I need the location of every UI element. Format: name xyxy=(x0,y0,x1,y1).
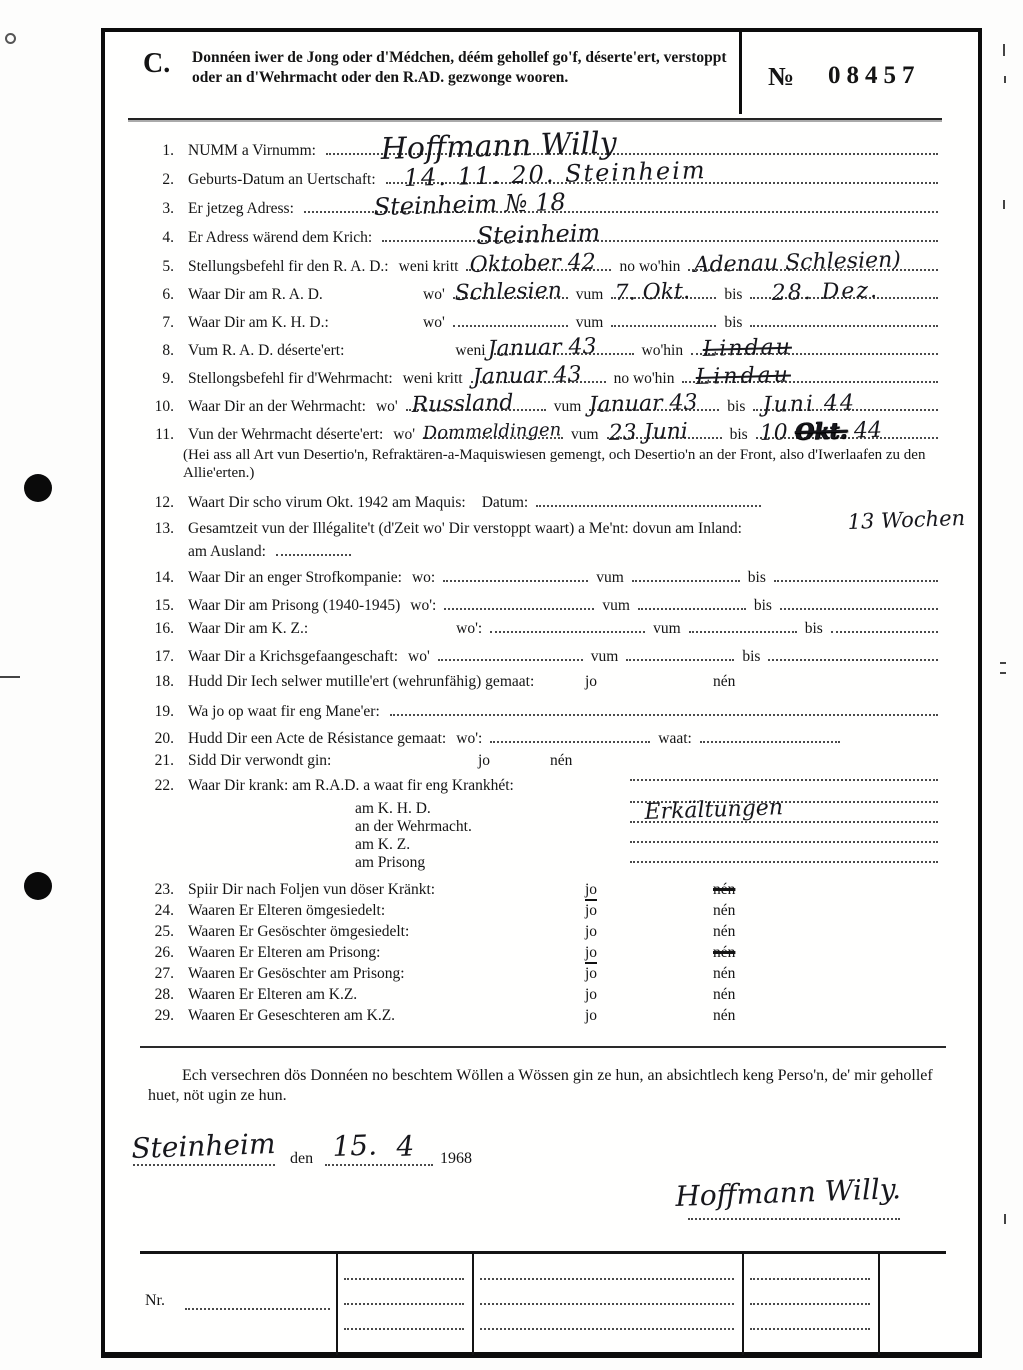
header-divider xyxy=(739,32,742,114)
row-label: Wa jo op waat fir eng Mane'er: xyxy=(188,702,380,721)
field-label: wo': xyxy=(410,596,436,615)
row-11-note: (Hei ass all Art vun Desertio'n, Refrakt… xyxy=(183,446,951,482)
footer-cell-line xyxy=(480,1278,734,1280)
row-label: Stellungsbefehl fir den R. A. D.: xyxy=(188,257,389,276)
footer-cell-line xyxy=(750,1328,870,1330)
row-number: 20. xyxy=(148,729,174,748)
answer-line: 28. Dez. xyxy=(750,284,938,299)
field-label: wo'hin xyxy=(642,341,684,360)
field-label: wo' xyxy=(376,397,398,416)
hw-day: 10 xyxy=(759,420,788,446)
answer-line xyxy=(390,701,938,716)
field-label: weni kritt xyxy=(403,369,463,388)
footer-table-divider xyxy=(742,1251,744,1355)
row-number: 21. xyxy=(148,751,174,770)
nr-answer-line xyxy=(185,1308,330,1310)
row-number: 5. xyxy=(148,257,174,276)
scan-artifact xyxy=(1004,76,1006,83)
scan-artifact xyxy=(0,676,20,678)
form-row-8: 8. Vum R. A. D. déserte'ert: weni Januar… xyxy=(148,340,942,360)
answer-line xyxy=(438,646,583,661)
field-label: wo' xyxy=(393,425,415,444)
jo-option: jo xyxy=(585,964,597,983)
jo-option: jo xyxy=(585,1006,597,1025)
answer-line xyxy=(443,567,588,582)
row-label: Waar Dir am R. A. D. xyxy=(188,285,413,304)
form-row-15: 15. Waar Dir am Prisong (1940-1945) wo':… xyxy=(148,595,942,615)
field-label: bis xyxy=(724,313,742,332)
handwritten-place-struck: Lindau xyxy=(696,366,792,387)
form-row-21: 21. Sidd Dir verwondt gin: jo nén xyxy=(148,751,942,770)
row-label: Waaren Er Elteren ömgesiedelt: xyxy=(188,901,385,920)
field-label: wo: xyxy=(412,568,435,587)
row-number: 11. xyxy=(148,425,174,444)
answer-line xyxy=(611,312,716,327)
row-label: Sidd Dir verwondt gin: xyxy=(188,751,331,770)
footer-cell-line xyxy=(344,1278,464,1280)
nen-option: nén xyxy=(713,1006,735,1025)
handwritten-place-signed: Steinheim xyxy=(131,1127,276,1165)
scan-artifact xyxy=(5,33,16,44)
form-row-16: 16. Waar Dir am K. Z.: wo': vum bis xyxy=(148,618,942,638)
footer-cell-line xyxy=(344,1328,464,1330)
answer-line xyxy=(700,728,840,743)
punch-hole-top xyxy=(24,474,52,502)
handwritten-war-address: Steinheim xyxy=(477,224,601,246)
field-label: bis xyxy=(748,568,766,587)
row-22-sub-khd: am K. H. D. xyxy=(355,800,431,818)
answer-line: 14. 11. 20. Steinheim xyxy=(386,169,938,184)
footer-cell-line xyxy=(480,1328,734,1330)
row-number: 6. xyxy=(148,285,174,304)
date-underline xyxy=(325,1164,433,1166)
form-row-11: 11. Vun der Wehrmacht déserte'ert: wo' D… xyxy=(148,424,942,444)
field-label: bis xyxy=(742,647,760,666)
number-sign-label: № xyxy=(768,62,794,92)
handwritten-date: Januar 43 xyxy=(487,337,596,359)
answer-line: Steinheim xyxy=(382,227,938,242)
form-row-14: 14. Waar Dir an enger Strofkompanie: wo:… xyxy=(148,567,942,587)
row-label: NUMM a Virnumm: xyxy=(188,141,316,160)
scan-artifact xyxy=(1000,662,1006,664)
row-label: Waar Dir am Prisong (1940-1945) xyxy=(188,596,400,615)
row-number: 10. xyxy=(148,397,174,416)
field-label: no wo'hin xyxy=(614,369,675,388)
field-label: vum xyxy=(571,425,599,444)
answer-line: 7. Okt. xyxy=(611,284,716,299)
nen-option-struck: nén xyxy=(713,880,735,899)
row-label: Waar Dir krank: am R.A.D. a waat fir eng… xyxy=(188,776,514,795)
row-number: 29. xyxy=(148,1006,174,1025)
row-number: 27. xyxy=(148,964,174,983)
answer-line xyxy=(490,618,645,633)
answer-line: Schlesien xyxy=(453,284,568,299)
field-label: vum xyxy=(653,619,681,638)
field-label: wo' xyxy=(423,285,445,304)
answer-line xyxy=(638,595,746,610)
form-serial-number: 08457 xyxy=(828,62,921,90)
field-label: Datum: xyxy=(482,493,529,512)
row-label: Er Adress wärend dem Krich: xyxy=(188,228,372,247)
row-number: 17. xyxy=(148,647,174,666)
field-label: bis xyxy=(805,619,823,638)
declaration-text: Ech versechren dös Donnéen no beschtem W… xyxy=(148,1066,954,1106)
answer-line: Januar 43 xyxy=(494,340,634,355)
row-label: Vum R. A. D. déserte'ert: xyxy=(188,341,344,360)
hw-month-scribbled: Okt. xyxy=(794,418,847,445)
footer-cell-line xyxy=(480,1303,734,1305)
form-row-28: 28. Waaren Er Elteren am K.Z. jo nén xyxy=(148,985,942,1004)
field-label: vum xyxy=(554,397,582,416)
scan-artifact xyxy=(1004,1214,1006,1224)
row-label: Spiir Dir nach Foljen vun döser Kränkt: xyxy=(188,880,435,899)
row-label: Waar Dir an der Wehrmacht: xyxy=(188,397,366,416)
form-row-5: 5. Stellungsbefehl fir den R. A. D.: wen… xyxy=(148,256,942,276)
answer-line: Lindau xyxy=(682,368,938,383)
field-label: no wo'hin xyxy=(619,257,680,276)
answer-line: Oktober 42 xyxy=(466,256,611,271)
answer-line xyxy=(831,618,938,633)
row-label: Hudd Dir een Acte de Résistance gemaat: xyxy=(188,729,446,748)
answer-line xyxy=(632,567,740,582)
form-row-18: 18. Hudd Dir Iech selwer mutille'ert (we… xyxy=(148,672,942,691)
header-rule xyxy=(128,118,942,120)
nr-label: Nr. xyxy=(145,1292,165,1310)
form-row-4: 4. Er Adress wärend dem Krich: Steinheim xyxy=(148,227,942,247)
answer-line xyxy=(490,728,650,743)
signature-underline xyxy=(688,1218,900,1220)
row-label: Waaren Er Gesöschter am Prisong: xyxy=(188,964,405,983)
answer-line: Januar 43 xyxy=(589,396,719,411)
handwritten-date: Juni 44 xyxy=(763,394,857,415)
row-number: 26. xyxy=(148,943,174,962)
form-row-24: 24. Waaren Er Elteren ömgesiedelt: jo né… xyxy=(148,901,942,920)
form-row-12: 12. Waart Dir scho virum Okt. 1942 am Ma… xyxy=(148,492,942,512)
handwritten-address: Steinheim № 18 xyxy=(373,193,565,217)
footer-table-divider xyxy=(472,1251,474,1355)
jo-option: jo xyxy=(585,985,597,1004)
field-label: vum xyxy=(576,313,604,332)
nen-option: nén xyxy=(713,964,735,983)
handwritten-date-month: 4 xyxy=(396,1129,415,1163)
handwritten-birthdata: 14. 11. 20. Steinheim xyxy=(403,161,706,188)
answer-line: Steinheim № 18 xyxy=(304,198,938,213)
form-row-13b: am Ausland: xyxy=(148,541,942,561)
row-number: 16. xyxy=(148,619,174,638)
row-number: 8. xyxy=(148,341,174,360)
row-label: Vun der Wehrmacht déserte'ert: xyxy=(188,425,383,444)
form-row-19: 19. Wa jo op waat fir eng Mane'er: xyxy=(148,701,942,721)
form-row-27: 27. Waaren Er Gesöschter am Prisong: jo … xyxy=(148,964,942,983)
form-row-7: 7. Waar Dir am K. H. D.: wo' vum bis xyxy=(148,312,942,332)
row-number: 12. xyxy=(148,493,174,512)
form-row-6: 6. Waar Dir am R. A. D. wo' Schlesien vu… xyxy=(148,284,942,304)
answer-line xyxy=(626,646,734,661)
form-row-13: 13. Gesamtzeit vun der Illégalite't (d'Z… xyxy=(148,519,942,538)
handwritten-date: Oktober 42 xyxy=(470,253,597,275)
field-label: wo' xyxy=(423,313,445,332)
place-underline xyxy=(133,1164,275,1166)
handwritten-place: Schlesien xyxy=(454,281,562,303)
answer-line xyxy=(444,595,594,610)
nen-option: nén xyxy=(713,922,735,941)
row-label: Stellongsbefehl fir d'Wehrmacht: xyxy=(188,369,393,388)
row-22-sub-prisong: am Prisong xyxy=(355,854,425,872)
row-number: 18. xyxy=(148,672,174,691)
footer-cell-line xyxy=(344,1303,464,1305)
answer-line xyxy=(536,492,761,507)
answer-line xyxy=(630,779,938,781)
row-label: Waaren Er Elteren am Prisong: xyxy=(188,943,380,962)
answer-line xyxy=(780,595,938,610)
row-number: 28. xyxy=(148,985,174,1004)
field-label: waat: xyxy=(658,729,692,748)
row-number: 1. xyxy=(148,141,174,160)
form-row-2: 2. Geburts-Datum an Uertschaft: 14. 11. … xyxy=(148,169,942,189)
form-title: Donnéen iwer de Jong oder d'Médchen, déé… xyxy=(192,48,732,89)
year-printed: 1968 xyxy=(440,1150,472,1168)
field-label: vum xyxy=(596,568,624,587)
row-label: Waar Dir an enger Strofkompanie: xyxy=(188,568,402,587)
answer-line xyxy=(768,646,938,661)
nen-option: nén xyxy=(550,751,572,770)
row-label: am Ausland: xyxy=(188,542,266,561)
row-label: Hudd Dir Iech selwer mutille'ert (wehrun… xyxy=(188,672,534,691)
scan-artifact xyxy=(1000,672,1006,674)
nen-option-struck: nén xyxy=(713,943,735,962)
row-number: 4. xyxy=(148,228,174,247)
row-label: Waar Dir am K. Z.: xyxy=(188,619,308,638)
row-label: Waar Dir a Krichsgefaangeschaft: xyxy=(188,647,398,666)
answer-line: Adenau Schlesien) xyxy=(688,256,938,271)
form-row-1: 1. NUMM a Virnumm: Hoffmann Willy xyxy=(148,140,942,160)
form-row-9: 9. Stellongsbefehl fir d'Wehrmacht: weni… xyxy=(148,368,942,388)
handwritten-date: 7. Okt. xyxy=(615,282,691,303)
handwritten-date: Januar 43 xyxy=(472,365,581,387)
answer-line: Hoffmann Willy xyxy=(326,140,938,155)
answer-line: Juni 44 xyxy=(753,396,938,411)
answer-line: 23 Juni xyxy=(607,424,722,439)
nen-option: nén xyxy=(713,985,735,1004)
punch-hole-bottom xyxy=(24,872,52,900)
row-number: 15. xyxy=(148,596,174,615)
handwritten-date: 23 Juni xyxy=(608,422,688,443)
handwritten-date: 28. Dez. xyxy=(772,281,880,303)
section-letter: C. xyxy=(143,48,170,80)
answer-line xyxy=(750,312,938,327)
handwritten-name: Hoffmann Willy xyxy=(380,134,616,159)
form-row-26: 26. Waaren Er Elteren am Prisong: jo nén xyxy=(148,943,942,962)
row-number: 3. xyxy=(148,199,174,218)
form-row-20: 20. Hudd Dir een Acte de Résistance gema… xyxy=(148,728,942,748)
answer-line: Russland xyxy=(406,396,546,411)
answer-line xyxy=(453,312,568,327)
row-number: 9. xyxy=(148,369,174,388)
row-number: 2. xyxy=(148,170,174,189)
row-number: 22. xyxy=(148,776,174,795)
form-row-29: 29. Waaren Er Geseschteren am K.Z. jo né… xyxy=(148,1006,942,1025)
form-row-17: 17. Waar Dir a Krichsgefaangeschaft: wo'… xyxy=(148,646,942,666)
row-number: 7. xyxy=(148,313,174,332)
answer-line xyxy=(689,618,797,633)
answer-line: Dommeldingen xyxy=(423,424,563,439)
field-label: vum xyxy=(576,285,604,304)
form-row-25: 25. Waaren Er Gesöschter ömgesiedelt: jo… xyxy=(148,922,942,941)
footer-cell-line xyxy=(750,1278,870,1280)
jo-option-marked: jo xyxy=(585,943,597,964)
nen-option: nén xyxy=(713,901,735,920)
row-label: Waart Dir scho virum Okt. 1942 am Maquis… xyxy=(188,493,466,512)
handwritten-illness: Erkältungen xyxy=(644,795,783,825)
field-label: bis xyxy=(754,596,772,615)
answer-line xyxy=(630,841,938,843)
jo-option: jo xyxy=(585,922,597,941)
field-label: bis xyxy=(724,285,742,304)
handwritten-place: Adenau Schlesien) xyxy=(694,251,902,275)
row-label: Waaren Er Gesöschter ömgesiedelt: xyxy=(188,922,409,941)
handwritten-date: Januar 43 xyxy=(589,393,698,415)
scanned-form-page: C. Donnéen iwer de Jong oder d'Médchen, … xyxy=(0,0,1023,1370)
hw-year: 44 xyxy=(853,418,882,444)
footer-table-divider xyxy=(878,1251,880,1355)
handwritten-place: Russland xyxy=(411,393,513,415)
scan-artifact xyxy=(1003,200,1005,209)
row-number: 19. xyxy=(148,702,174,721)
field-label: bis xyxy=(727,397,745,416)
row-label: Geburts-Datum an Uertschaft: xyxy=(188,170,376,189)
field-label: wo' xyxy=(408,647,430,666)
answer-line: Januar 43 xyxy=(471,368,606,383)
answer-line: Lindau xyxy=(691,340,938,355)
row-label: Gesamtzeit vun der Illégalite't (d'Zeit … xyxy=(188,519,742,538)
field-label: vum xyxy=(602,596,630,615)
scan-artifact xyxy=(1003,44,1005,56)
row-label: Waaren Er Elteren am K.Z. xyxy=(188,985,357,1004)
handwritten-place: Dommeldingen xyxy=(423,420,562,443)
field-label: wo': xyxy=(456,729,482,748)
form-row-10: 10. Waar Dir an der Wehrmacht: wo' Russl… xyxy=(148,396,942,416)
handwritten-duration: 13 Wochen xyxy=(847,509,965,532)
field-label: vum xyxy=(591,647,619,666)
section-separator-line xyxy=(140,1046,946,1048)
row-22-sub-kz: am K. Z. xyxy=(355,836,410,854)
jo-option: jo xyxy=(585,901,597,920)
row-label: Er jetzeg Adress: xyxy=(188,199,294,218)
jo-option-marked: jo xyxy=(585,880,597,901)
answer-line: 10 Okt. 44 xyxy=(756,424,938,439)
den-label: den xyxy=(290,1150,313,1168)
row-22-sub-wehrmacht: an der Wehrmacht. xyxy=(355,818,472,836)
field-label: weni xyxy=(455,341,485,360)
jo-option: jo xyxy=(585,672,597,691)
row-label: Waar Dir am K. H. D.: xyxy=(188,313,413,332)
row-number: 24. xyxy=(148,901,174,920)
row-number: 23. xyxy=(148,880,174,899)
field-label: bis xyxy=(730,425,748,444)
field-label: weni kritt xyxy=(399,257,459,276)
footer-cell-line xyxy=(750,1303,870,1305)
footer-table-top-border xyxy=(140,1251,946,1254)
jo-option: jo xyxy=(478,751,490,770)
row-number: 13. xyxy=(148,519,174,538)
nen-option: nén xyxy=(713,672,735,691)
row-label: Waaren Er Geseschteren am K.Z. xyxy=(188,1006,395,1025)
handwritten-date-day: 15. xyxy=(332,1128,378,1163)
form-row-3: 3. Er jetzeg Adress: Steinheim № 18 xyxy=(148,198,942,218)
answer-line xyxy=(774,567,938,582)
handwritten-place-struck: Lindau xyxy=(703,338,793,359)
answer-line xyxy=(630,861,938,863)
handwritten-date-overwritten: 10 Okt. 44 xyxy=(759,421,882,443)
answer-line xyxy=(276,541,351,556)
field-label: wo': xyxy=(456,619,482,638)
row-number: 14. xyxy=(148,568,174,587)
form-row-23: 23. Spiir Dir nach Foljen vun döser Krän… xyxy=(148,880,942,899)
row-number: 25. xyxy=(148,922,174,941)
footer-table-divider xyxy=(336,1251,338,1355)
